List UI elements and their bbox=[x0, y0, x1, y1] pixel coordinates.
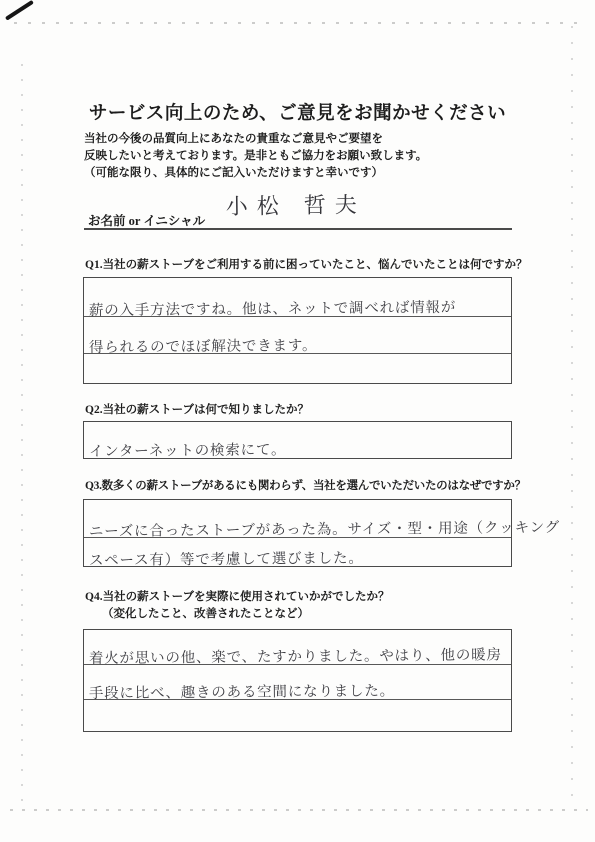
answer-row: 手段に比べ、趣きのある空間になりました。 bbox=[84, 665, 511, 700]
answer-row: ニーズに合ったストーブがあった為。サイズ・型・用途（クッキング bbox=[84, 500, 511, 538]
question-2-label: Q2.当社の薪ストーブは何で知りましたか？ bbox=[85, 401, 309, 417]
form-title: サービス向上のため、ご意見をお聞かせください bbox=[0, 99, 595, 125]
question-1-answer-box: 薪の入手方法ですね。他は、ネットで調べれば情報が 得られるのでほぼ解決できます。 bbox=[83, 277, 512, 384]
answer-row bbox=[84, 354, 511, 384]
name-field-label: お名前 or イニシャル bbox=[88, 211, 205, 229]
question-3-answer-box: ニーズに合ったストーブがあった為。サイズ・型・用途（クッキング スペース有）等で… bbox=[83, 499, 512, 567]
pen-slash-mark bbox=[5, 0, 34, 21]
answer-row: インターネットの検索にて。 bbox=[84, 422, 511, 457]
scan-edge-right bbox=[571, 26, 573, 804]
question-4-sublabel: （変化したこと、改善されたことなど） bbox=[102, 605, 309, 621]
scan-edge-top bbox=[14, 22, 580, 24]
scan-edge-left bbox=[21, 64, 23, 810]
name-field-underline bbox=[84, 228, 512, 230]
handwritten-answer-line: スペース有）等で考慮して選びました。 bbox=[89, 547, 364, 570]
answer-row: 薪の入手方法ですね。他は、ネットで調べれば情報が bbox=[84, 278, 511, 317]
scan-edge-bottom bbox=[10, 809, 588, 811]
handwritten-answer-line: インターネットの検索にて。 bbox=[89, 438, 286, 461]
question-4-answer-box: 着火が思いの他、楽で、たすかりました。やはり、他の暖房 手段に比べ、趣きのある空… bbox=[83, 629, 512, 732]
intro-line: 当社の今後の品質向上にあなたの貴重なご意見やご要望を bbox=[84, 131, 427, 148]
name-field-handwritten-value: 小松 哲夫 bbox=[226, 188, 366, 221]
answer-row: スペース有）等で考慮して選びました。 bbox=[84, 538, 511, 566]
intro-line: （可能な限り、具体的にご記入いただけますと幸いです） bbox=[84, 165, 427, 182]
question-1-label: Q1.当社の薪ストーブをご利用する前に困っていたこと、悩んでいたことは何ですか？ bbox=[85, 256, 528, 272]
scanned-questionnaire-page: サービス向上のため、ご意見をお聞かせください 当社の今後の品質向上にあなたの貴重… bbox=[0, 0, 595, 842]
form-intro: 当社の今後の品質向上にあなたの貴重なご意見やご要望を 反映したいと考えております… bbox=[84, 131, 427, 182]
answer-row: 着火が思いの他、楽で、たすかりました。やはり、他の暖房 bbox=[84, 630, 511, 665]
answer-row: 得られるのでほぼ解決できます。 bbox=[84, 317, 511, 354]
intro-line: 反映したいと考えております。是非ともご協力をお願い致します。 bbox=[84, 148, 427, 165]
answer-row bbox=[84, 700, 511, 732]
question-2-answer-box: インターネットの検索にて。 bbox=[83, 421, 512, 459]
question-3-label: Q3.数多くの薪ストーブがあるにも関わらず、当社を選んでいただいたのはなぜですか… bbox=[85, 477, 526, 493]
question-4-label: Q4.当社の薪ストーブを実際に使用されていかがでしたか？ bbox=[85, 588, 390, 604]
